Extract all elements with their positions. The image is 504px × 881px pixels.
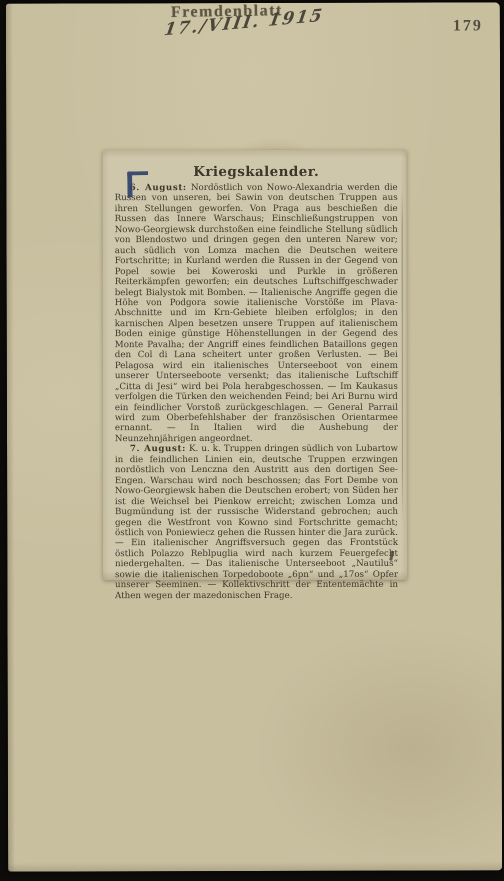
newspaper-column-rule — [402, 187, 403, 522]
entry-date-label: 7. August: — [130, 444, 186, 454]
page-number: 179 — [453, 17, 483, 35]
clipping-body: 6. August: Nordöstlich von Nowo-Alexandr… — [115, 183, 398, 601]
scan-background: { "document": { "header": { "stamp": "Fr… — [0, 0, 504, 881]
entry-august-7: 7. August: K. u. k. Truppen dringen südl… — [115, 444, 398, 601]
blue-corner-mark — [127, 171, 149, 197]
entry-text: K. u. k. Truppen dringen südlich von Lub… — [115, 444, 398, 601]
newspaper-clipping: Kriegskalender. 6. August: Nordöstlich v… — [103, 150, 407, 580]
clipping-title: Kriegskalender. — [115, 165, 398, 180]
entry-august-6: 6. August: Nordöstlich von Nowo-Alexandr… — [115, 183, 398, 445]
scanned-album-page: Fremdenblatt 17./VIII. 1915 179 Kriegska… — [6, 2, 502, 871]
entry-text: Nordöstlich von Nowo-Alexandria werden d… — [115, 183, 398, 444]
